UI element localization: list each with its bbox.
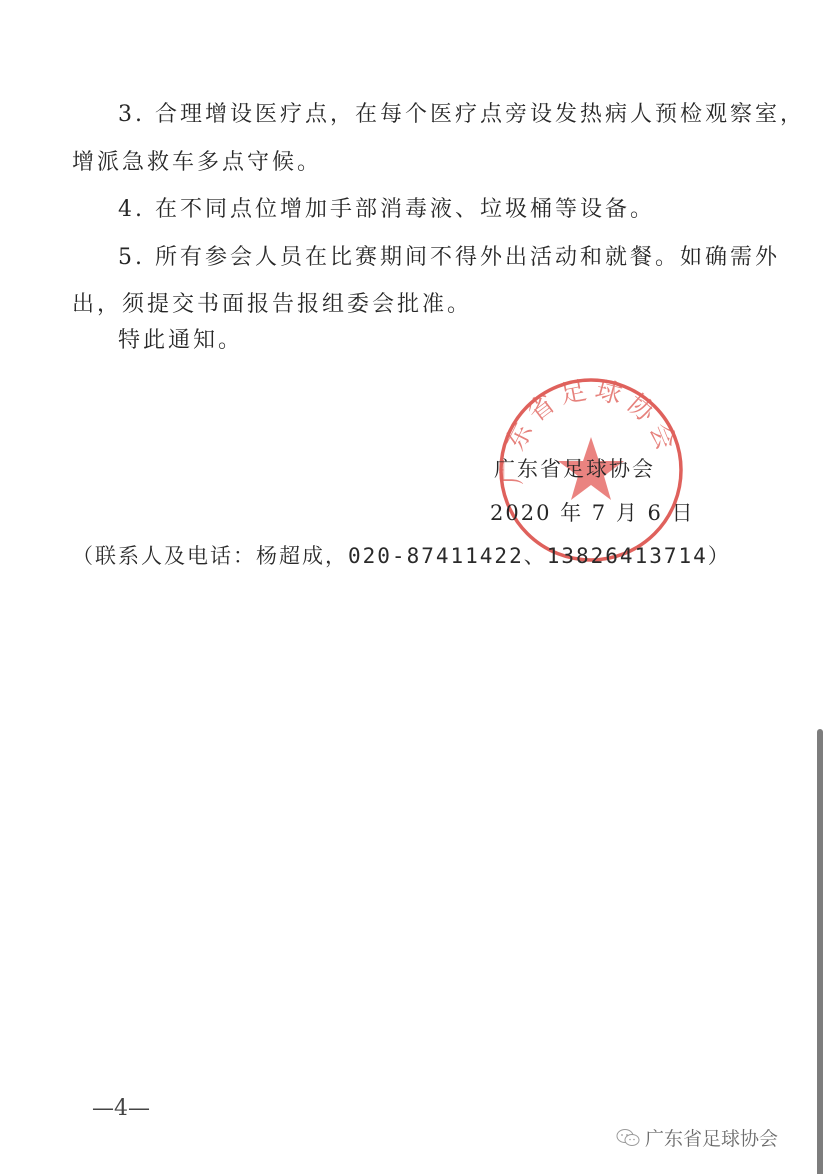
- page-number: —4—: [92, 1096, 150, 1121]
- paragraph-item-3-line-2: 增派急救车多点守候。: [72, 145, 322, 176]
- paragraph-item-5-line-1: 5. 所有参会人员在比赛期间不得外出活动和就餐。如确需外: [118, 240, 780, 271]
- closing-remark: 特此通知。: [118, 323, 243, 354]
- paragraph-item-3-line-1: 3. 合理增设医疗点，在每个医疗点旁设发热病人预检观察室，: [118, 97, 805, 128]
- watermark-label: 广东省足球协会: [645, 1124, 778, 1151]
- wechat-icon: [615, 1127, 641, 1149]
- paragraph-item-5-line-2: 出，须提交书面报告报组委会批准。: [72, 287, 472, 318]
- document-page: 3. 合理增设医疗点，在每个医疗点旁设发热病人预检观察室， 增派急救车多点守候。…: [0, 0, 828, 1174]
- signature-date: 2020 年 7 月 6 日: [490, 497, 695, 527]
- signature-organization: 广东省足球协会: [494, 453, 655, 483]
- paragraph-item-4: 4. 在不同点位增加手部消毒液、垃圾桶等设备。: [118, 192, 655, 223]
- scrollbar[interactable]: [817, 729, 823, 1174]
- contact-info: （联系人及电话：杨超成，020-87411422、13826413714）: [72, 540, 731, 570]
- watermark: 广东省足球协会: [615, 1124, 778, 1151]
